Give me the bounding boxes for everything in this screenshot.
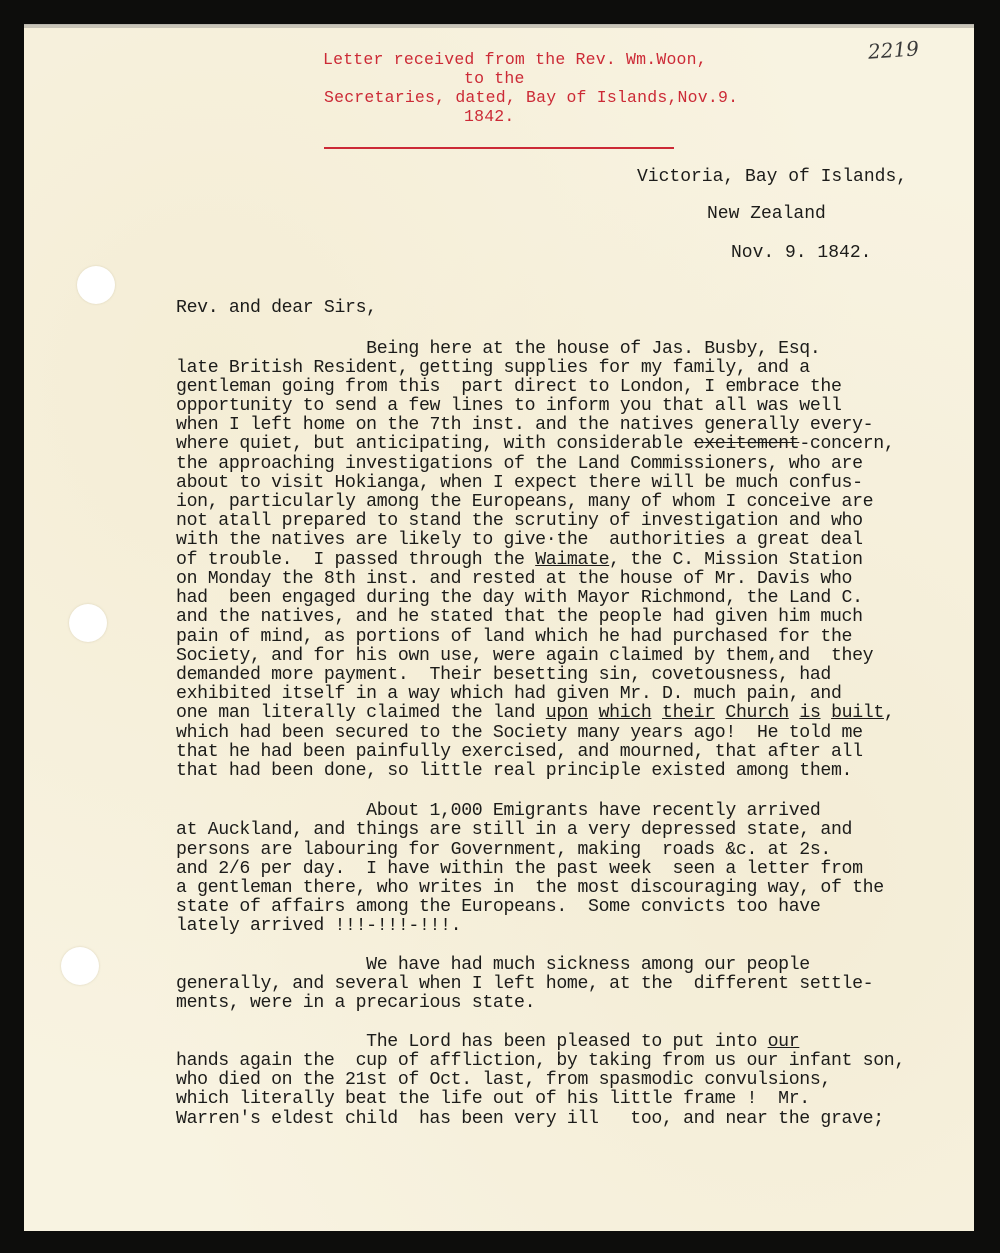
text-segment: where quiet, but anticipating, with cons…	[176, 434, 694, 454]
text-line: when I left home on the 7th inst. and th…	[176, 416, 873, 435]
text-line: pain of mind, as portions of land which …	[176, 628, 852, 647]
underlined-word: is	[799, 703, 820, 723]
text-line: About 1,000 Emigrants have recently arri…	[176, 802, 820, 821]
text-line: We have had much sickness among our peop…	[176, 956, 810, 975]
text-segment: ,	[884, 703, 895, 723]
text-segment: The Lord has been pleased to put into	[176, 1032, 768, 1052]
text-line: had been engaged during the day with May…	[176, 589, 863, 608]
text-line: late British Resident, getting supplies …	[176, 359, 810, 378]
text-line-with-underline: The Lord has been pleased to put into ou…	[176, 1033, 799, 1052]
text-line: persons are labouring for Government, ma…	[176, 841, 831, 860]
underlined-place-name: Waimate	[535, 550, 609, 570]
address-line-1: Victoria, Bay of Islands,	[637, 167, 907, 187]
underlined-word: their	[662, 703, 715, 723]
header-line-2: to the	[464, 69, 525, 89]
underlined-word: our	[768, 1032, 800, 1052]
text-line: that had been done, so little real princ…	[176, 762, 852, 781]
text-line: opportunity to send a few lines to infor…	[176, 397, 842, 416]
text-line: a gentleman there, who writes in the mos…	[176, 879, 884, 898]
text-line: exhibited itself in a way which had give…	[176, 685, 842, 704]
text-line-with-underline: of trouble. I passed through the Waimate…	[176, 551, 863, 570]
punch-hole	[69, 604, 107, 642]
text-line: and 2/6 per day. I have within the past …	[176, 860, 863, 879]
text-line: state of affairs among the Europeans. So…	[176, 898, 820, 917]
text-line: ments, were in a precarious state.	[176, 994, 535, 1013]
text-segment: of trouble. I passed through the	[176, 550, 535, 570]
text-line: that he had been painfully exercised, an…	[176, 743, 863, 762]
text-line: which literally beat the life out of his…	[176, 1090, 810, 1109]
text-line-with-underline: one man literally claimed the land upon …	[176, 704, 895, 723]
text-line: Being here at the house of Jas. Busby, E…	[176, 340, 820, 359]
text-segment: , the C. Mission Station	[609, 550, 863, 570]
text-line: ion, particularly among the Europeans, m…	[176, 493, 873, 512]
underlined-word: upon	[546, 703, 588, 723]
text-line: gentleman going from this part direct to…	[176, 378, 842, 397]
text-line: generally, and several when I left home,…	[176, 975, 873, 994]
text-line: and the natives, and he stated that the …	[176, 608, 863, 627]
text-segment: one man literally claimed the land	[176, 703, 546, 723]
text-line: not atall prepared to stand the scrutiny…	[176, 512, 863, 531]
text-line: on Monday the 8th inst. and rested at th…	[176, 570, 852, 589]
text-line: the approaching investigations of the La…	[176, 455, 863, 474]
address-line-2: New Zealand	[707, 204, 826, 224]
text-line: with the natives are likely to give·the …	[176, 531, 863, 550]
punch-hole	[77, 266, 115, 304]
text-line: lately arrived !!!-!!!-!!!.	[176, 917, 461, 936]
text-line: about to visit Hokianga, when I expect t…	[176, 474, 863, 493]
text-line: demanded more payment. Their besetting s…	[176, 666, 831, 685]
text-line: who died on the 21st of Oct. last, from …	[176, 1071, 831, 1090]
text-line: Society, and for his own use, were again…	[176, 647, 873, 666]
underlined-word: Church	[725, 703, 788, 723]
header-line-1: Letter received from the Rev. Wm.Woon,	[323, 50, 707, 70]
text-line: at Auckland, and things are still in a v…	[176, 821, 852, 840]
text-segment: -concern,	[799, 434, 894, 454]
underlined-word: which	[599, 703, 652, 723]
letter-date: Nov. 9. 1842.	[731, 243, 871, 263]
header-line-4: 1842.	[464, 107, 515, 127]
underlined-word: built	[831, 703, 884, 723]
text-line: hands again the cup of affliction, by ta…	[176, 1052, 905, 1071]
punch-hole	[61, 947, 99, 985]
text-line-with-strike: where quiet, but anticipating, with cons…	[176, 435, 894, 454]
header-divider	[324, 147, 674, 149]
archive-number: 2219	[867, 36, 919, 63]
text-line: Warren's eldest child has been very ill …	[176, 1110, 884, 1129]
struck-word: exeitement	[694, 434, 800, 454]
header-line-3: Secretaries, dated, Bay of Islands,Nov.9…	[324, 88, 738, 108]
text-line: which had been secured to the Society ma…	[176, 724, 863, 743]
salutation: Rev. and dear Sirs,	[176, 299, 377, 318]
